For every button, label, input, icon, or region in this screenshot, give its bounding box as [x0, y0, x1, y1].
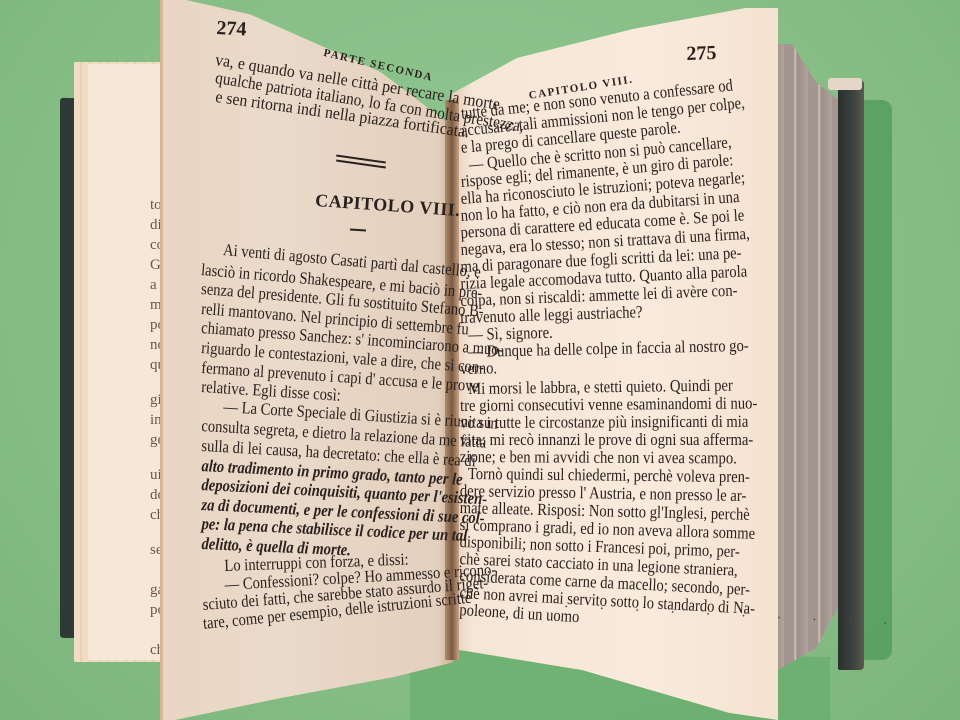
front-cover-edge: [838, 80, 864, 670]
left-page-number: 274: [216, 17, 247, 42]
right-page-number: 275: [686, 42, 717, 66]
underlying-text-fragment: a: [150, 275, 157, 295]
text-line: verno.: [460, 358, 497, 379]
cover-corner-wear: [828, 78, 862, 90]
